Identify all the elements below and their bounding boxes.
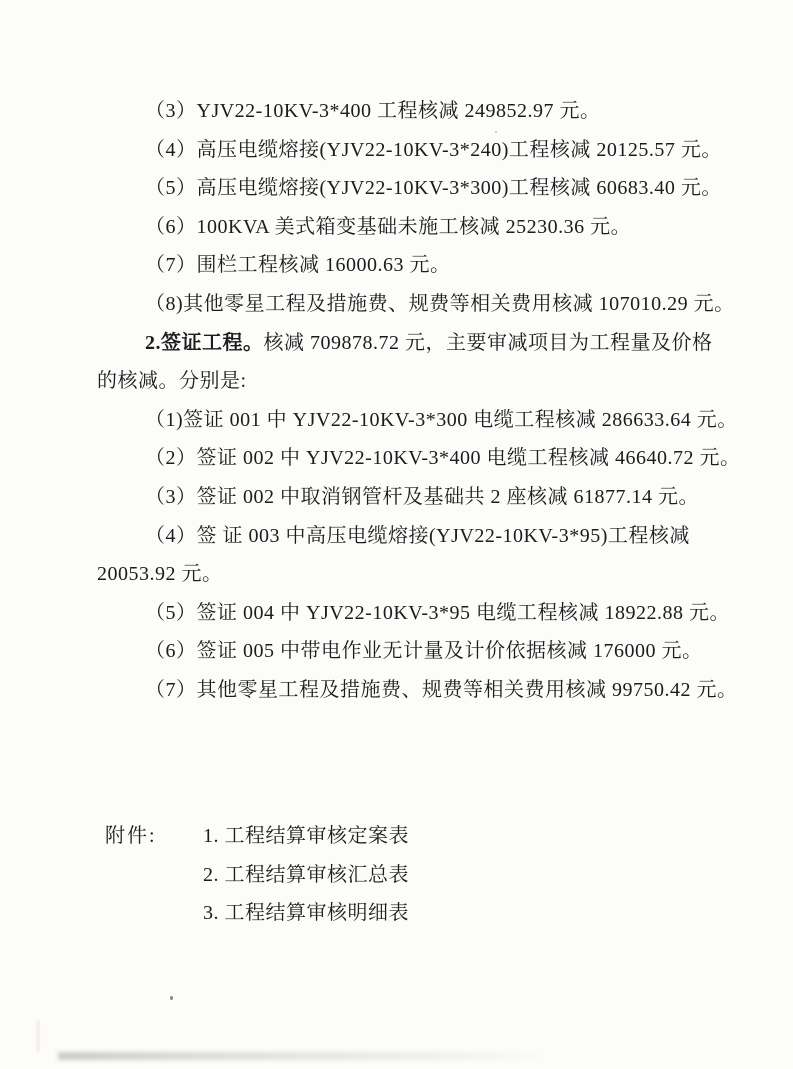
attachment-item-1: 1. 工程结算审核定案表 [203,817,409,856]
scan-speck [495,131,497,133]
attachments-list: 1. 工程结算审核定案表 2. 工程结算审核汇总表 3. 工程结算审核明细表 [203,817,409,933]
part1-item-4: （4）高压电缆熔接(YJV22-10KV-3*240)工程核减 20125.57… [97,131,737,170]
section2-heading-rest: 核减 709878.72 元，主要审减项目为工程量及价格 [264,332,713,354]
part1-item-3: （3）YJV22-10KV-3*400 工程核减 249852.97 元。 [97,92,737,131]
scanned-document-page: （3）YJV22-10KV-3*400 工程核减 249852.97 元。 （4… [0,0,793,1069]
part1-item-5: （5）高压电缆熔接(YJV22-10KV-3*300)工程核减 60683.40… [97,169,737,208]
attachments-label: 附件: [105,817,203,856]
part2-item-5: （5）签证 004 中 YJV22-10KV-3*95 电缆工程核减 18922… [97,594,737,633]
section2-heading-line2: 的核减。分别是: [97,362,737,401]
scan-bleedthrough-smudge [58,1052,548,1060]
document-body: （3）YJV22-10KV-3*400 工程核减 249852.97 元。 （4… [97,92,737,710]
part2-item-6: （6）签证 005 中带电作业无计量及计价依据核减 176000 元。 [97,632,737,671]
attachment-item-3: 3. 工程结算审核明细表 [203,894,409,933]
part2-item-2: （2）签证 002 中 YJV22-10KV-3*400 电缆工程核减 4664… [97,439,737,478]
attachment-item-2: 2. 工程结算审核汇总表 [203,856,409,895]
part1-item-6: （6）100KVA 美式箱变基础未施工核减 25230.36 元。 [97,208,737,247]
attachments-section: 附件: 1. 工程结算审核定案表 2. 工程结算审核汇总表 3. 工程结算审核明… [105,817,409,933]
part2-item-7: （7）其他零星工程及措施费、规费等相关费用核减 99750.42 元。 [97,671,737,710]
section2-heading-line1: 2.签证工程。核减 709878.72 元，主要审减项目为工程量及价格 [97,324,737,363]
scan-speck [170,996,173,1000]
scan-edge-mark [37,1021,39,1052]
part2-item-3: （3）签证 002 中取消钢管杆及基础共 2 座核减 61877.14 元。 [97,478,737,517]
section2-heading-bold: 2.签证工程。 [145,332,264,354]
part2-item-4-line2: 20053.92 元。 [97,555,737,594]
part2-item-1: （1)签证 001 中 YJV22-10KV-3*300 电缆工程核减 2866… [97,401,737,440]
part1-item-7: （7）围栏工程核减 16000.63 元。 [97,246,737,285]
part1-item-8: （8)其他零星工程及措施费、规费等相关费用核减 107010.29 元。 [97,285,737,324]
part2-item-4-line1: （4）签 证 003 中高压电缆熔接(YJV22-10KV-3*95)工程核减 [97,517,737,556]
